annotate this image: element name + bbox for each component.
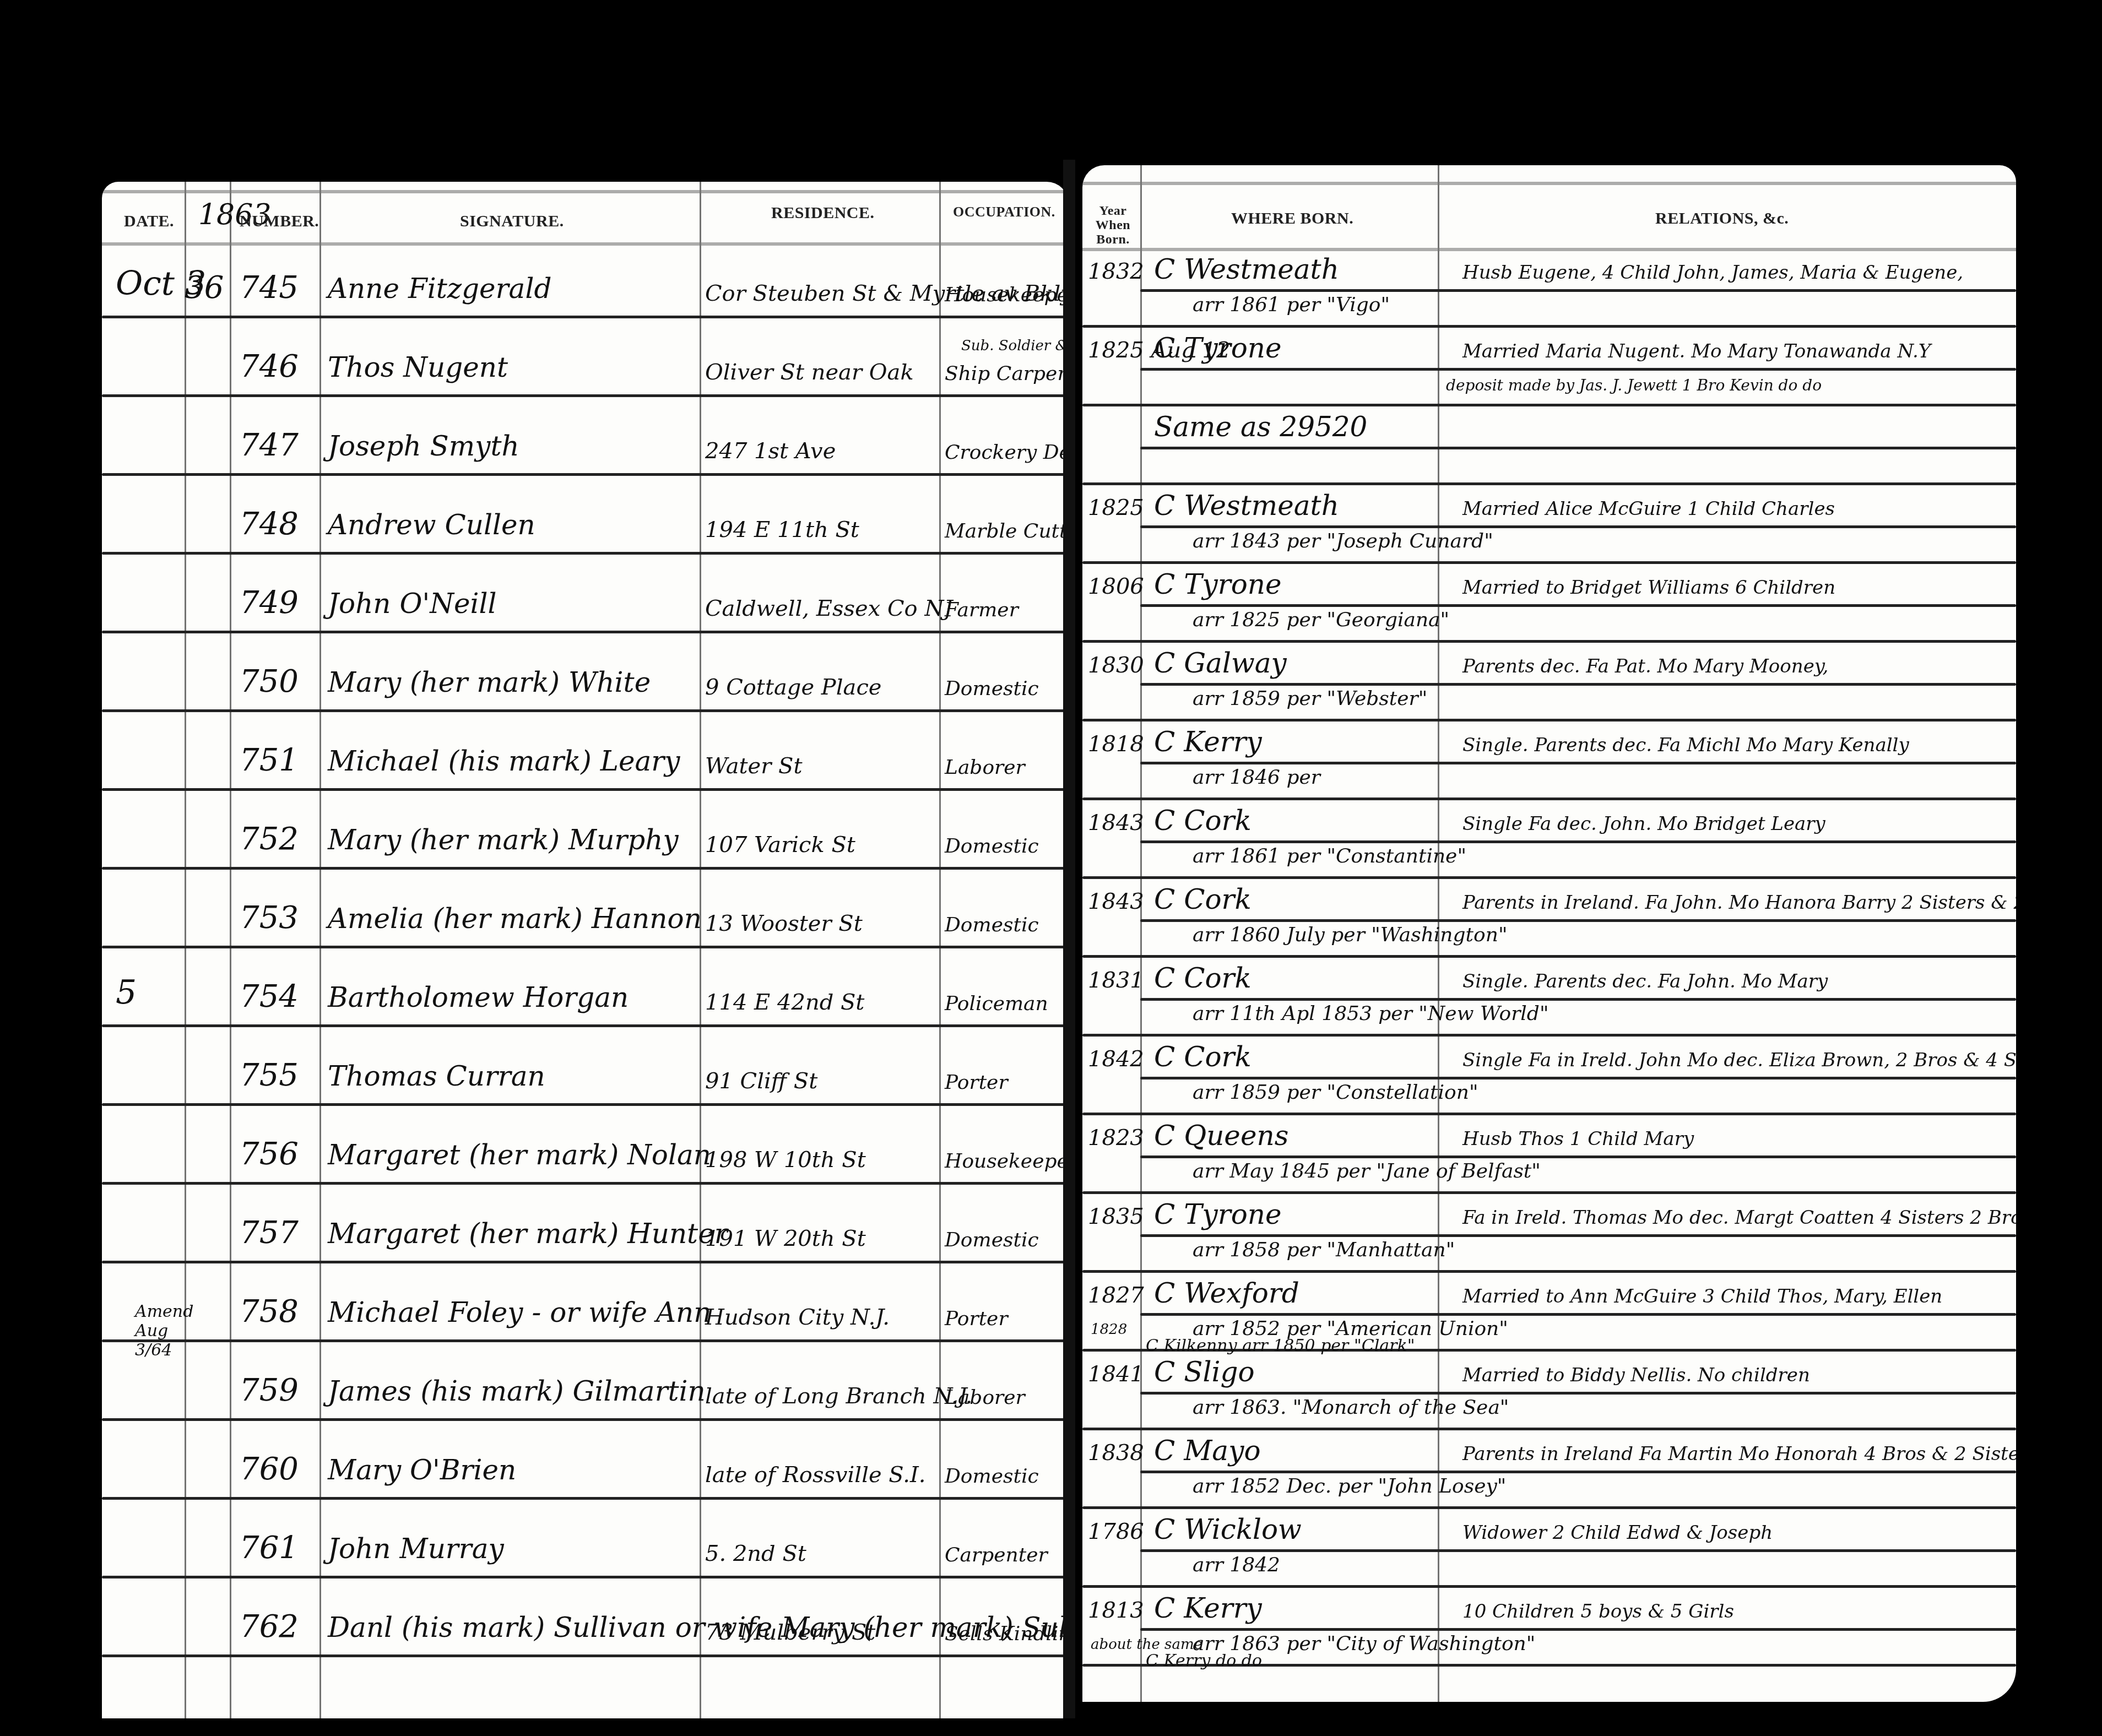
table-row[interactable]: 760Mary O'Brienlate of Rossville S.I.Dom… (102, 1429, 1069, 1508)
entry-year-born: 1831 (1088, 968, 1144, 993)
entry-where-born: C Tyrone (1154, 332, 1282, 364)
entry-occupation: Domestic (945, 835, 1039, 858)
entry-residence: 247 1st Ave (705, 438, 836, 464)
table-row[interactable]: 753Amelia (her mark) Hannon13 Wooster St… (102, 878, 1069, 957)
entry-where-born: C Wexford (1154, 1277, 1299, 1309)
row-rule (1140, 1471, 2016, 1473)
entry-year-born: 1825 (1088, 495, 1144, 520)
entry-residence: Oliver St near Oak (705, 360, 914, 385)
entry-year-born: 1832 (1088, 259, 1144, 284)
row-rule (1140, 1234, 2016, 1237)
table-row[interactable]: 5754Bartholomew Horgan114 E 42nd StPolic… (102, 957, 1069, 1035)
entry-residence: Caldwell, Essex Co NJ (705, 596, 952, 621)
table-row[interactable]: 1813about the sameC Kerryarr 1863 per "C… (1082, 1589, 2016, 1668)
table-row[interactable]: 752Mary (her mark) Murphy107 Varick StDo… (102, 799, 1069, 878)
entry-residence: 9 Cottage Place (705, 675, 881, 700)
entry-number: 745 (240, 270, 299, 306)
row-rule (102, 473, 1069, 476)
entry-residence: 114 E 42nd St (705, 990, 864, 1015)
entry-occupation: Domestic (945, 914, 1039, 936)
entry-occupation: Sells Kindling Wood (945, 1623, 1069, 1645)
entry-year-born: 1838 (1088, 1440, 1144, 1466)
entry-relations: Married to Bridget Williams 6 Children (1462, 577, 1835, 599)
row-rule (102, 1654, 1069, 1657)
entry-relations: 10 Children 5 boys & 5 Girls (1462, 1601, 1734, 1623)
row-rule (102, 1103, 1069, 1106)
entry-occupation: Porter (945, 1071, 1008, 1094)
entry-arrival: arr 1863. "Monarch of the Sea" (1193, 1396, 1509, 1419)
entry-arrival: arr 1842 (1193, 1554, 1280, 1576)
row-rule (102, 867, 1069, 870)
entry-year-born: 1786 (1088, 1519, 1144, 1544)
row-rule (1082, 640, 2016, 643)
row-rule (1140, 1392, 2016, 1395)
entry-residence: 107 Varick St (705, 832, 855, 858)
entry-where-born-2: C Kerry do do (1146, 1651, 1262, 1670)
entry-occupation: Domestic (945, 1465, 1039, 1488)
row-rule (1082, 1034, 2016, 1037)
table-row[interactable]: 1838C Mayoarr 1852 Dec. per "John Losey"… (1082, 1432, 2016, 1511)
entry-year-born: 1806 (1088, 574, 1144, 599)
entry-where-born: C Tyrone (1154, 1198, 1282, 1230)
entry-number: 753 (240, 900, 299, 936)
row-rule (102, 1182, 1069, 1185)
entry-occupation: Porter (945, 1308, 1008, 1330)
entry-occupation: Ship Carpenter & Caulker (945, 362, 1069, 385)
row-rule (1082, 325, 2016, 328)
entry-number: 747 (240, 427, 299, 463)
entry-signature: Mary (her mark) White (328, 666, 651, 698)
header-relations: RELATIONS, &c. (1655, 209, 1789, 228)
row-rule (102, 1339, 1069, 1342)
table-row[interactable]: 755Thomas Curran91 Cliff StPorter (102, 1035, 1069, 1114)
entry-number: 748 (240, 506, 299, 542)
register-left-page: DATE. 1863 NUMBER. SIGNATURE. RESIDENCE.… (102, 182, 1069, 1718)
table-row[interactable]: 757Margaret (her mark) Hunter191 W 20th … (102, 1193, 1069, 1272)
entry-date: 5 (116, 973, 137, 1012)
table-row[interactable]: 762Danl (his mark) Sullivan or wife Mary… (102, 1587, 1069, 1666)
entry-occupation: Housekeeper (945, 1150, 1069, 1173)
entry-residence: late of Rossville S.I. (705, 1462, 926, 1488)
table-row[interactable]: 746Thos NugentOliver St near OakShip Car… (102, 327, 1069, 405)
header-rule (102, 242, 1069, 246)
table-row[interactable]: 1806C Tyronearr 1825 per "Georgiana"Marr… (1082, 566, 2016, 644)
header-number: NUMBER. (240, 212, 319, 231)
entry-signature: Mary O'Brien (328, 1454, 516, 1486)
row-rule (102, 1418, 1069, 1421)
row-rule (102, 946, 1069, 948)
row-rule (1082, 1270, 2016, 1273)
entry-where-born: C Galway (1154, 647, 1287, 679)
entry-where-born: C Cork (1154, 883, 1252, 915)
table-row[interactable]: 759James (his mark) Gilmartinlate of Lon… (102, 1350, 1069, 1429)
entry-residence: 91 Cliff St (705, 1068, 817, 1094)
header-residence: RESIDENCE. (771, 204, 875, 223)
entry-occupation: Laborer (945, 1386, 1025, 1409)
row-rule (102, 1576, 1069, 1578)
row-rule (1082, 1428, 2016, 1430)
entry-residence: Water St (705, 753, 803, 779)
entry-number: 749 (240, 585, 299, 621)
entry-relations: Parents in Ireland. Fa John. Mo Hanora B… (1462, 892, 2016, 914)
entry-occupation: Laborer (945, 756, 1025, 779)
table-row[interactable]: 1818C Kerryarr 1846 perSingle. Parents d… (1082, 723, 2016, 802)
row-rule (1140, 604, 2016, 607)
row-rule (1140, 998, 2016, 1001)
entry-signature: Thomas Curran (328, 1060, 545, 1092)
entry-signature: John Murray (328, 1533, 504, 1565)
entry-year-born-2: about the same (1091, 1636, 1202, 1653)
entry-year-born: 1830 (1088, 653, 1144, 678)
entry-year-born: 1818 (1088, 731, 1144, 757)
entry-occupation: Marble Cutter (945, 520, 1069, 542)
row-rule (1082, 876, 2016, 879)
entry-where-born: C Sligo (1154, 1356, 1255, 1388)
entry-relations: Parents dec. Fa Pat. Mo Mary Mooney, (1462, 655, 1828, 677)
entry-where-born: C Cork (1154, 1041, 1252, 1073)
header-rule (102, 190, 1069, 193)
entry-relations: Married to Biddy Nellis. No children (1462, 1364, 1810, 1386)
entry-occupation: Domestic (945, 1229, 1039, 1251)
row-rule (1140, 447, 2016, 449)
entry-occupation: Carpenter (945, 1544, 1048, 1566)
entry-relations-2: deposit made by Jas. J. Jewett 1 Bro Kev… (1446, 376, 1822, 394)
table-row[interactable]: 1843C Corkarr 1861 per "Constantine"Sing… (1082, 802, 2016, 881)
entry-number: 751 (240, 742, 299, 778)
entry-signature: Anne Fitzgerald (328, 273, 551, 305)
entry-number: 755 (240, 1057, 299, 1093)
entry-relations: Single Fa in Ireld. John Mo dec. Eliza B… (1462, 1049, 2016, 1071)
row-rule (1140, 1549, 2016, 1552)
table-row[interactable]: Amend Aug 3/64758Michael Foley - or wife… (102, 1272, 1069, 1350)
entry-where-born-2: C Kilkenny arr 1850 per "Clark" (1146, 1336, 1415, 1355)
entry-residence: 194 E 11th St (705, 517, 859, 542)
entry-arrival: arr 1860 July per "Washington" (1193, 924, 1507, 946)
table-row[interactable]: 1831C Corkarr 11th Apl 1853 per "New Wor… (1082, 959, 2016, 1038)
table-row[interactable]: 1825 Aug 12C TyroneMarried Maria Nugent.… (1082, 329, 2016, 408)
entry-relations: Husb Thos 1 Child Mary (1462, 1128, 1694, 1150)
row-rule (1082, 561, 2016, 564)
entry-year-born-2: 1828 (1091, 1321, 1127, 1338)
table-row[interactable]: 1823C Queensarr May 1845 per "Jane of Be… (1082, 1117, 2016, 1196)
row-rule (102, 316, 1069, 318)
header-where-born: WHERE BORN. (1231, 209, 1353, 228)
row-rule (1140, 919, 2016, 922)
row-rule (1140, 1155, 2016, 1158)
entry-number: 750 (240, 664, 299, 699)
table-row[interactable]: 751Michael (his mark) LearyWater StLabor… (102, 720, 1069, 799)
table-row[interactable]: 1832C Westmeatharr 1861 per "Vigo"Husb E… (1082, 251, 2016, 329)
entry-relations: Widower 2 Child Edwd & Joseph (1462, 1522, 1773, 1544)
table-row[interactable]: 1830C Galwayarr 1859 per "Webster"Parent… (1082, 644, 2016, 723)
row-rule (1140, 368, 2016, 371)
table-row[interactable]: 747Joseph Smyth247 1st AveCrockery Deale… (102, 405, 1069, 484)
table-row[interactable]: 18271828C Wexfordarr 1852 per "American … (1082, 1274, 2016, 1353)
table-row[interactable]: Same as 29520 (1082, 408, 2016, 487)
entry-number: 752 (240, 821, 299, 857)
entry-occupation: Crockery Dealer (945, 441, 1069, 464)
book-gutter (1063, 160, 1075, 1718)
table-row[interactable]: 1786C Wicklowarr 1842Widower 2 Child Edw… (1082, 1511, 2016, 1589)
entry-relations: Fa in Ireld. Thomas Mo dec. Margt Coatte… (1462, 1207, 2016, 1229)
table-row[interactable]: 750Mary (her mark) White9 Cottage PlaceD… (102, 642, 1069, 720)
entry-arrival: arr 1846 per (1193, 766, 1320, 789)
row-rule (1140, 840, 2016, 843)
entry-relations: Husb Eugene, 4 Child John, James, Maria … (1462, 262, 1963, 284)
entry-ledger: 36 (185, 270, 224, 306)
entry-signature: Margaret (her mark) Nolan (328, 1139, 711, 1171)
row-rule (1082, 798, 2016, 800)
entry-relations: Married Alice McGuire 1 Child Charles (1462, 498, 1835, 520)
entry-relations: Single. Parents dec. Fa John. Mo Mary (1462, 970, 1828, 992)
row-rule (1140, 1628, 2016, 1631)
row-rule (102, 1497, 1069, 1500)
entry-where-born: C Tyrone (1154, 568, 1282, 600)
entry-where-born: C Kerry (1154, 1592, 1262, 1624)
row-rule (1082, 404, 2016, 406)
entry-signature: Thos Nugent (328, 351, 508, 383)
table-row[interactable]: 756Margaret (her mark) Nolan198 W 10th S… (102, 1114, 1069, 1193)
entry-number: 757 (240, 1215, 299, 1251)
entry-arrival: arr 11th Apl 1853 per "New World" (1193, 1002, 1548, 1025)
row-rule (1082, 1506, 2016, 1509)
table-row[interactable]: 1843C Corkarr 1860 July per "Washington"… (1082, 881, 2016, 959)
row-rule (102, 1261, 1069, 1263)
entry-signature: Amelia (her mark) Hannon (328, 903, 702, 935)
entry-signature: Andrew Cullen (328, 509, 535, 541)
entry-signature: Michael Foley - or wife Ann (328, 1296, 711, 1328)
entry-arrival: arr 1858 per "Manhattan" (1193, 1239, 1455, 1261)
entry-relations: Parents in Ireland Fa Martin Mo Honorah … (1462, 1443, 2016, 1465)
entry-relations: Single. Parents dec. Fa Michl Mo Mary Ke… (1462, 734, 1909, 756)
row-rule (102, 552, 1069, 555)
register-right-page: Year When Born. WHERE BORN. RELATIONS, &… (1082, 165, 2016, 1702)
header-signature: SIGNATURE. (460, 212, 564, 231)
entry-residence: 198 W 10th St (705, 1147, 866, 1173)
entry-number: 759 (240, 1372, 299, 1408)
header-year-born: Year When Born. (1087, 204, 1139, 247)
table-row[interactable]: 1835C Tyronearr 1858 per "Manhattan"Fa i… (1082, 1196, 2016, 1274)
row-rule (1140, 1077, 2016, 1079)
entry-arrival: arr May 1845 per "Jane of Belfast" (1193, 1160, 1541, 1182)
header-rule (1082, 182, 2016, 185)
entry-where-born: C Cork (1154, 805, 1252, 837)
entry-arrival: arr 1859 per "Constellation" (1193, 1081, 1478, 1104)
entry-relations: Married Maria Nugent. Mo Mary Tonawanda … (1462, 340, 1931, 362)
entry-arrival: arr 1861 per "Constantine" (1193, 845, 1466, 867)
entry-relations: Married to Ann McGuire 3 Child Thos, Mar… (1462, 1285, 1942, 1308)
entry-year-born: 1843 (1088, 810, 1144, 836)
entry-where-born: C Westmeath (1154, 490, 1339, 522)
entry-signature: Michael (his mark) Leary (328, 745, 680, 777)
entry-arrival: arr 1859 per "Webster" (1193, 687, 1427, 710)
table-row[interactable]: 749John O'NeillCaldwell, Essex Co NJFarm… (102, 563, 1069, 642)
entry-signature: John O'Neill (328, 588, 497, 620)
entry-occupation: Farmer (945, 599, 1019, 621)
entry-where-born: C Kerry (1154, 726, 1262, 758)
entry-arrival: arr 1861 per "Vigo" (1193, 294, 1390, 316)
row-rule (1140, 289, 2016, 292)
entry-signature: Joseph Smyth (328, 430, 519, 462)
entry-year-born: 1827 (1088, 1283, 1144, 1308)
entry-arrival: arr 1843 per "Joseph Cunard" (1193, 530, 1493, 552)
row-rule (1082, 1191, 2016, 1194)
entry-residence: Hudson City N.J. (705, 1305, 890, 1330)
entry-year-born: 1842 (1088, 1046, 1144, 1072)
entry-signature: Mary (her mark) Murphy (328, 824, 679, 856)
entry-where-born: C Mayo (1154, 1435, 1261, 1467)
entry-where-born: Same as 29520 (1154, 411, 1367, 443)
row-rule (1140, 525, 2016, 528)
table-row[interactable]: 748Andrew Cullen194 E 11th StMarble Cutt… (102, 484, 1069, 563)
entry-number: 754 (240, 979, 299, 1015)
entry-signature: James (his mark) Gilmartin (328, 1375, 706, 1407)
entry-occupation: Housekeeper (945, 284, 1069, 306)
entry-occupation-note: Sub. Soldier & (961, 338, 1068, 354)
entry-residence: 13 Wooster St (705, 911, 863, 936)
row-rule (1140, 1313, 2016, 1316)
row-rule (1140, 762, 2016, 764)
entry-residence: late of Long Branch N.J. (705, 1384, 972, 1409)
entry-year-born: 1843 (1088, 889, 1144, 914)
entry-year-born: 1823 (1088, 1125, 1144, 1151)
entry-number: 756 (240, 1136, 299, 1172)
entry-number: 760 (240, 1451, 299, 1487)
entry-where-born: C Cork (1154, 962, 1252, 994)
entry-where-born: C Westmeath (1154, 253, 1339, 285)
table-row[interactable]: 761John Murray5. 2nd StCarpenter (102, 1508, 1069, 1587)
entry-year-born: 1813 (1088, 1598, 1144, 1623)
table-row[interactable]: 1825C Westmeatharr 1843 per "Joseph Cuna… (1082, 487, 2016, 566)
row-rule (1082, 719, 2016, 721)
header-occupation: OCCUPATION. (953, 204, 1055, 220)
entry-where-born: C Wicklow (1154, 1513, 1302, 1545)
entry-relations: Single Fa dec. John. Mo Bridget Leary (1462, 813, 1825, 835)
row-rule (102, 709, 1069, 712)
entry-number: 746 (240, 349, 299, 384)
header-date: DATE. (124, 212, 174, 231)
row-rule (1082, 955, 2016, 958)
entry-signature: Bartholomew Horgan (328, 981, 629, 1013)
table-row[interactable]: 1842C Corkarr 1859 per "Constellation"Si… (1082, 1038, 2016, 1117)
row-rule (1082, 482, 2016, 485)
entry-arrival: arr 1852 Dec. per "John Losey" (1193, 1475, 1506, 1498)
row-rule (1082, 1585, 2016, 1588)
entry-number: 762 (240, 1609, 299, 1645)
table-row[interactable]: 1841C Sligoarr 1863. "Monarch of the Sea… (1082, 1353, 2016, 1432)
row-rule (1082, 1113, 2016, 1115)
entry-number: 758 (240, 1294, 299, 1330)
row-rule (102, 394, 1069, 397)
row-rule (102, 788, 1069, 791)
entry-where-born: C Queens (1154, 1120, 1288, 1152)
entry-arrival: arr 1825 per "Georgiana" (1193, 609, 1449, 631)
entry-occupation: Domestic (945, 677, 1039, 700)
row-rule (102, 631, 1069, 633)
entry-residence: 5. 2nd St (705, 1541, 806, 1566)
entry-occupation: Policeman (945, 992, 1048, 1015)
row-rule (102, 1024, 1069, 1027)
entry-residence: 73 Mulberry St (705, 1620, 875, 1645)
entry-year-born: 1835 (1088, 1204, 1144, 1229)
entry-residence: 191 W 20th St (705, 1226, 866, 1251)
entry-signature: Margaret (her mark) Hunter (328, 1218, 728, 1250)
entry-number: 761 (240, 1530, 299, 1566)
entry-year-born: 1841 (1088, 1361, 1144, 1387)
row-rule (1140, 683, 2016, 686)
table-row[interactable]: Oct 336745Anne FitzgeraldCor Steuben St … (102, 248, 1069, 327)
